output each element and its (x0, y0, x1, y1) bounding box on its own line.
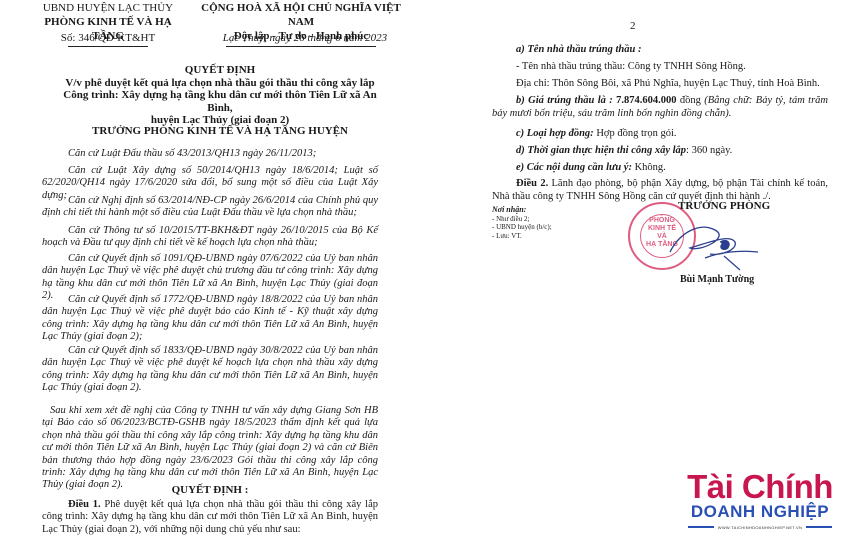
logo-line-1: Tài Chính (672, 470, 848, 504)
winning-price-amount: 7.874.604.000 (616, 95, 676, 106)
item-b-winning-price: b) Giá trúng thầu là : 7.874.604.000 đồn… (492, 95, 828, 120)
logo-divider (806, 526, 832, 528)
consideration-paragraph: Sau khi xem xét đề nghị của Công ty TNHH… (42, 405, 378, 492)
title-line-2: Công trình: Xây dựng hạ tầng khu dân cư … (50, 89, 390, 114)
country-name: CỘNG HOÀ XÃ HỘI CHỦ NGHĨA VIỆT NAM (190, 1, 412, 29)
recipients-heading: Nơi nhận: (492, 206, 552, 215)
legal-basis-3: Căn cứ Nghị định số 63/2014/NĐ-CP ngày 2… (42, 195, 378, 220)
article-2-label: Điều 2. (516, 178, 548, 189)
winning-contractor-name: - Tên nhà thầu trúng thầu: Công ty TNHH … (516, 61, 746, 74)
recipient-item: - UBND huyện (b/c); (492, 223, 552, 232)
document-number: Số: 346/QĐ-KT&HT (28, 32, 188, 44)
motto-divider (226, 46, 376, 47)
legal-basis-4: Căn cứ Thông tư số 10/2015/TT-BKH&ĐT ngà… (42, 225, 378, 250)
legal-basis-6: Căn cứ Quyết định số 1772/QĐ-UBND ngày 1… (42, 294, 378, 344)
article-1: Điều 1. Phê duyệt kết quả lựa chọn nhà t… (42, 499, 378, 536)
logo-line-2: DOANH NGHIỆP (672, 503, 848, 521)
handwritten-signature (660, 212, 760, 272)
recipient-item: - Lưu: VT. (492, 232, 552, 241)
legal-basis-7: Căn cứ Quyết định số 1833/QĐ-UBND ngày 3… (42, 345, 378, 395)
decision-heading: QUYẾT ĐỊNH (50, 64, 390, 77)
item-a-label: a) Tên nhà thầu trúng thầu : (516, 44, 641, 57)
article-2: Điều 2. Lãnh đạo phòng, bộ phận Xây dựng… (492, 178, 828, 203)
title-line-1: V/v phê duyệt kết quả lựa chọn nhà thầu … (50, 77, 390, 90)
page-number: 2 (630, 20, 636, 32)
document-date: Lạc Thuỷ, ngày 26 tháng 6 năm 2023 (205, 32, 405, 44)
legal-basis-1: Căn cứ Luật Đấu thầu số 43/2013/QH13 ngà… (42, 148, 378, 160)
header-divider (68, 46, 148, 47)
decision-section-heading: QUYẾT ĐỊNH : (40, 484, 380, 496)
signer-name: Bùi Mạnh Tường (680, 274, 754, 285)
contractor-address: Địa chỉ: Thôn Sông Bôi, xã Phú Nghĩa, hu… (516, 78, 820, 91)
recipient-item: - Như điều 2; (492, 215, 552, 224)
article-1-label: Điều 1. (68, 499, 101, 510)
item-e-notes: e) Các nội dung cần lưu ý: Không. (516, 162, 666, 175)
item-d-duration: d) Thời gian thực hiện thi công xây lắp:… (516, 145, 732, 158)
agency-parent: UBND HUYỆN LẠC THỦY (28, 1, 188, 15)
logo-url-row: WWW.TAICHINHDOANHNGHIEP.NET.VN (672, 523, 848, 531)
item-b-label: b) Giá trúng thầu là : (516, 95, 616, 106)
document-page-1: UBND HUYỆN LẠC THỦY PHÒNG KINH TẾ VÀ HẠ … (0, 0, 430, 541)
decision-title: QUYẾT ĐỊNH V/v phê duyệt kết quả lựa chọ… (50, 64, 390, 127)
document-page-2: 2 a) Tên nhà thầu trúng thầu : - Tên nhà… (430, 0, 860, 541)
watermark-logo: Tài Chính DOANH NGHIỆP WWW.TAICHINHDOANH… (672, 470, 848, 540)
issuing-authority: TRƯỞNG PHÒNG KINH TẾ VÀ HẠ TẦNG HUYỆN (30, 125, 410, 137)
signer-title: TRƯỞNG PHÒNG (678, 200, 770, 212)
logo-divider (688, 526, 714, 528)
logo-url: WWW.TAICHINHDOANHNGHIEP.NET.VN (718, 525, 802, 530)
item-c-contract-type: c) Loại hợp đồng: Hợp đồng trọn gói. (516, 128, 677, 141)
recipients-list: Nơi nhận: - Như điều 2; - UBND huyện (b/… (492, 206, 552, 240)
